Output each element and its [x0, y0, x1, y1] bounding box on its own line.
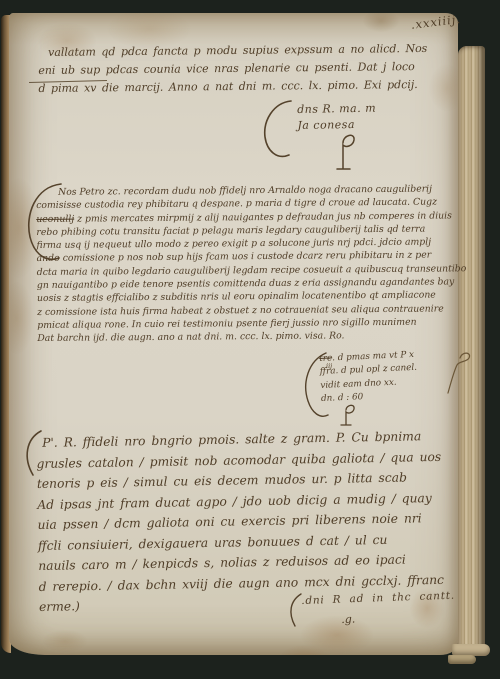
- margin-flourish-icon: [446, 349, 474, 397]
- manuscript-photo: .xxxiiij. vallatam qd pdca fancta p modu…: [0, 0, 500, 679]
- marginal-note: tre. d pmas ma vt P x ffra. d pul opl z …: [319, 347, 461, 407]
- paraph-flourish-icon: [338, 402, 358, 428]
- struck-word: ueonullj: [36, 213, 74, 224]
- book-fore-edge: [458, 46, 485, 650]
- interlinear-insertion: iij: [326, 362, 332, 370]
- text-line: dns R. ma. m: [297, 101, 376, 118]
- entry-2-text-block: Nos Petro zc. recordam dudu nob ffidelj …: [36, 182, 455, 345]
- bracket-flourish-icon: [261, 97, 295, 163]
- entry-1-text-block: vallatam qd pdca fancta p modu supius ex…: [38, 40, 449, 98]
- chancery-mark: .g.: [341, 613, 355, 626]
- text-line: . d pmas ma vt P x: [332, 350, 414, 364]
- registrar-signature: dns R. ma. m Ja conesa: [297, 101, 377, 134]
- entry-3-text-block: P'. R. ffideli nro bngrio pmois. salte z…: [36, 426, 459, 618]
- page-corner-edge: [448, 655, 476, 664]
- paraph-flourish-icon: [333, 131, 359, 173]
